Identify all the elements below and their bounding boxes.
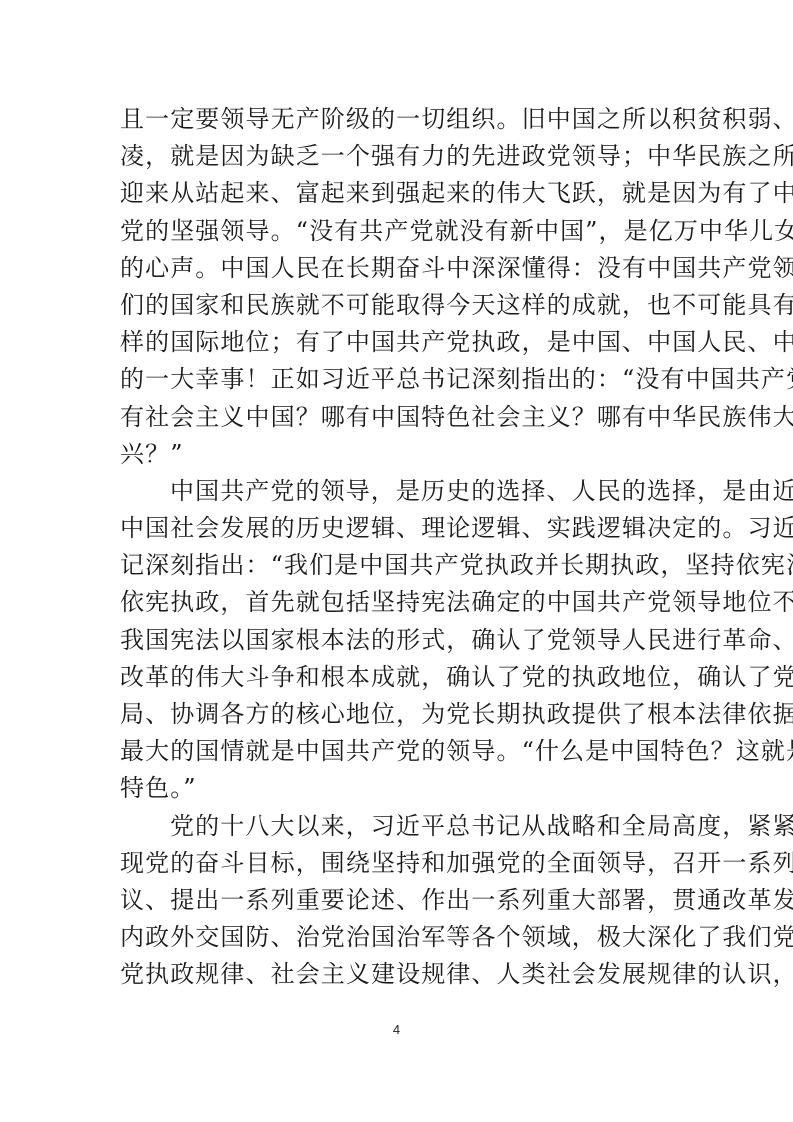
paragraph-first-line: 中国共产党的领导，是历史的选择、人民的选择，是由近代以来 [120, 473, 674, 510]
text-line: 凌，就是因为缺乏一个强有力的先进政党领导；中华民族之所以能够 [120, 138, 674, 175]
text-line: 且一定要领导无产阶级的一切组织。旧中国之所以积贫积弱、备受欺 [120, 101, 674, 138]
text-line: 议、提出一系列重要论述、作出一系列重大部署，贯通改革发展稳定、 [120, 882, 674, 919]
text-line: 中国社会发展的历史逻辑、理论逻辑、实践逻辑决定的。习近平总书 [120, 510, 674, 547]
text-line: 有社会主义中国？哪有中国特色社会主义？哪有中华民族伟大复 [120, 399, 674, 436]
paragraph-first-line: 党的十八大以来，习近平总书记从战略和全局高度，紧紧扭住实 [120, 808, 674, 845]
document-page: 且一定要领导无产阶级的一切组织。旧中国之所以积贫积弱、备受欺凌，就是因为缺乏一个… [0, 0, 793, 1122]
text-line: 内政外交国防、治党治国治军等各个领域，极大深化了我们党对共产 [120, 919, 674, 956]
text-line: 现党的奋斗目标，围绕坚持和加强党的全面领导，召开一系列重要会 [120, 845, 674, 882]
text-line: 局、协调各方的核心地位，为党长期执政提供了根本法律依据。中国 [120, 696, 674, 733]
text-line: 样的国际地位；有了中国共产党执政，是中国、中国人民、中华民族 [120, 324, 674, 361]
text-line: 的一大幸事！正如习近平总书记深刻指出的：“没有中国共产党，哪 [120, 361, 674, 398]
text-line: 的心声。中国人民在长期奋斗中深深懂得：没有中国共产党领导，我 [120, 250, 674, 287]
text-line: 记深刻指出：“我们是中国共产党执政并长期执政，坚持依宪治国、 [120, 547, 674, 584]
page-number: 4 [0, 1022, 793, 1037]
text-line: 们的国家和民族就不可能取得今天这样的成就，也不可能具有今天这 [120, 287, 674, 324]
text-line: 最大的国情就是中国共产党的领导。“什么是中国特色？这就是中国 [120, 733, 674, 770]
text-line: 兴？” [120, 436, 674, 473]
text-line: 改革的伟大斗争和根本成就，确认了党的执政地位，确认了党总揽全 [120, 659, 674, 696]
text-line: 党的坚强领导。“没有共产党就没有新中国”，是亿万中华儿女由衷 [120, 213, 674, 250]
text-line: 我国宪法以国家根本法的形式，确认了党领导人民进行革命、建设、 [120, 622, 674, 659]
text-line: 依宪执政，首先就包括坚持宪法确定的中国共产党领导地位不动摇。” [120, 584, 674, 621]
body-text: 且一定要领导无产阶级的一切组织。旧中国之所以积贫积弱、备受欺凌，就是因为缺乏一个… [120, 101, 674, 994]
text-line: 特色。” [120, 770, 674, 807]
text-line: 党执政规律、社会主义建设规律、人类社会发展规律的认识，丰富和 [120, 956, 674, 993]
text-line: 迎来从站起来、富起来到强起来的伟大飞跃，就是因为有了中国共产 [120, 175, 674, 212]
